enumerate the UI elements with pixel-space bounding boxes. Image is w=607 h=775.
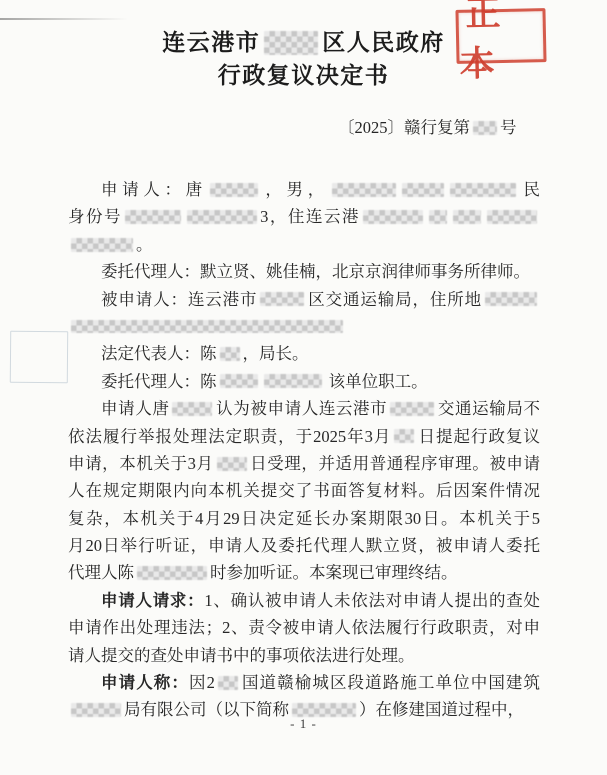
- redaction-block: [485, 292, 537, 306]
- body-text: ，局长。: [243, 344, 309, 363]
- redaction-block: [487, 210, 537, 224]
- body-line: 申请，本机关于3月日受理，并适用普通程序审理。被申请: [68, 450, 540, 477]
- body-text: 人在规定期限内向本机关提交了书面答复材料。后因案件情况: [68, 481, 540, 500]
- redaction-block: [217, 457, 247, 471]
- document-body: 申请人：唐，男，民身份号3，住连云港。委托代理人：默立贤、姚佳楠，北京京润律师事…: [68, 176, 540, 724]
- body-text: 3，住连云港: [260, 207, 360, 226]
- redaction-block: [264, 31, 318, 55]
- body-text: 月20日举行听证，申请人及委托代理人默立贤，被申请人委托: [68, 536, 540, 555]
- body-text: 复杂，本机关于4月29日决定延长办案期限30日。本机关于5: [68, 509, 540, 528]
- body-line: [68, 313, 540, 340]
- redaction-block: [264, 374, 322, 388]
- body-text: 民: [519, 180, 540, 199]
- body-text: 日提起行政复议: [417, 427, 540, 446]
- redaction-block: [332, 183, 396, 197]
- body-text: 日受理，并适用普通程序审理。被申请: [250, 454, 540, 473]
- body-line: 委托代理人：陈 该单位职工。: [68, 368, 540, 395]
- body-text: 申请，本机关于3月: [68, 454, 214, 473]
- body-text: 认为被申请人连云港市: [215, 399, 387, 418]
- document-number: 〔2025〕赣行复第号: [338, 114, 517, 141]
- body-line: 被申请人：连云港市区交通运输局，住所地: [68, 286, 540, 313]
- body-line: 代理人陈时参加听证。本案现已审理终结。: [68, 559, 540, 586]
- redaction-block: [402, 183, 444, 197]
- body-text: 该单位职工。: [325, 372, 428, 391]
- page-number: - 1 -: [0, 716, 607, 732]
- body-text-bold: 申请人请求：: [101, 591, 204, 610]
- body-line: 身份号3，住连云港: [68, 203, 540, 230]
- body-text: 申请人：唐: [101, 180, 207, 199]
- title-text-post: 区人民政府: [322, 30, 445, 55]
- body-line: 申请人：唐，男，民: [68, 176, 540, 203]
- body-text: 法定代表人：陈: [101, 344, 217, 363]
- redaction-block: [363, 210, 423, 224]
- document-title: 连云港市区人民政府 行政复议决定书: [0, 26, 607, 92]
- redaction-block: [220, 374, 258, 388]
- body-text: 因2: [189, 673, 215, 692]
- redaction-block: [137, 566, 207, 580]
- body-text: 请人提交的查处申请书中的事项依法进行处理。: [68, 646, 415, 665]
- redaction-block: [260, 292, 304, 306]
- body-text: 依法履行举报处理法定职责，于2025年3月: [68, 427, 391, 446]
- body-text: 区交通运输局，住所地: [307, 290, 482, 309]
- redaction-block: [218, 676, 238, 690]
- body-text: ，男，: [261, 180, 329, 199]
- body-line: 依法履行举报处理法定职责，于2025年3月日提起行政复议: [68, 423, 540, 450]
- scanned-document-page: 正本 连云港市区人民政府 行政复议决定书 〔2025〕赣行复第号 申请人：唐，男…: [0, 0, 607, 775]
- title-line-2: 行政复议决定书: [0, 59, 607, 92]
- body-text-bold: 申请人称：: [101, 673, 189, 692]
- redaction-block: [473, 121, 497, 135]
- scan-edge-artifact: [0, 18, 128, 20]
- body-text: 身份号: [68, 207, 122, 226]
- doc-number-post: 号: [500, 118, 517, 137]
- redaction-block: [390, 402, 434, 416]
- body-text: 国道赣榆城区段道路施工单位中国建筑: [241, 673, 540, 692]
- body-line: 申请作出处理违法；2、责令被申请人依法履行行政职责，对申: [68, 614, 540, 641]
- body-text: 申请作出处理违法；2、责令被申请人依法履行行政职责，对申: [68, 618, 540, 637]
- title-text-pre: 连云港市: [162, 30, 260, 55]
- body-line: 月20日举行听证，申请人及委托代理人默立贤，被申请人委托: [68, 532, 540, 559]
- body-text: 被申请人：连云港市: [101, 290, 257, 309]
- body-text: 。: [136, 235, 153, 254]
- redaction-block: [429, 210, 447, 224]
- body-text: 时参加听证。本案现已审理终结。: [210, 563, 458, 582]
- doc-number-pre: 〔2025〕赣行复第: [338, 118, 470, 137]
- body-text: 委托代理人：默立贤、姚佳楠，北京京润律师事务所律师。: [101, 262, 530, 281]
- redaction-block: [450, 183, 516, 197]
- redaction-block: [71, 238, 133, 252]
- redaction-block: [210, 183, 258, 197]
- redaction-block: [71, 320, 343, 333]
- body-line: 。: [68, 231, 540, 258]
- body-text: 委托代理人：陈: [101, 372, 217, 391]
- redaction-block: [394, 429, 414, 443]
- body-line: 申请人称：因2国道赣榆城区段道路施工单位中国建筑: [68, 669, 540, 696]
- body-line: 法定代表人：陈，局长。: [68, 340, 540, 367]
- redaction-block: [125, 210, 181, 224]
- redaction-block: [220, 347, 240, 361]
- body-text: 代理人陈: [68, 563, 134, 582]
- body-text: 交通运输局不: [437, 399, 540, 418]
- body-line: 请人提交的查处申请书中的事项依法进行处理。: [68, 642, 540, 669]
- redaction-block: [187, 210, 257, 224]
- title-line-1: 连云港市区人民政府: [0, 26, 607, 59]
- body-line: 人在规定期限内向本机关提交了书面答复材料。后因案件情况: [68, 477, 540, 504]
- faint-stamp-outline-artifact: [10, 331, 68, 384]
- body-text: 申请人唐: [101, 399, 169, 418]
- body-line: 委托代理人：默立贤、姚佳楠，北京京润律师事务所律师。: [68, 258, 540, 285]
- redaction-block: [172, 402, 212, 416]
- body-text: 1、确认被申请人未依法对申请人提出的查处: [204, 591, 540, 610]
- redaction-block: [453, 210, 481, 224]
- body-line: 复杂，本机关于4月29日决定延长办案期限30日。本机关于5: [68, 505, 540, 532]
- body-line: 申请人请求：1、确认被申请人未依法对申请人提出的查处: [68, 587, 540, 614]
- body-line: 申请人唐认为被申请人连云港市交通运输局不: [68, 395, 540, 422]
